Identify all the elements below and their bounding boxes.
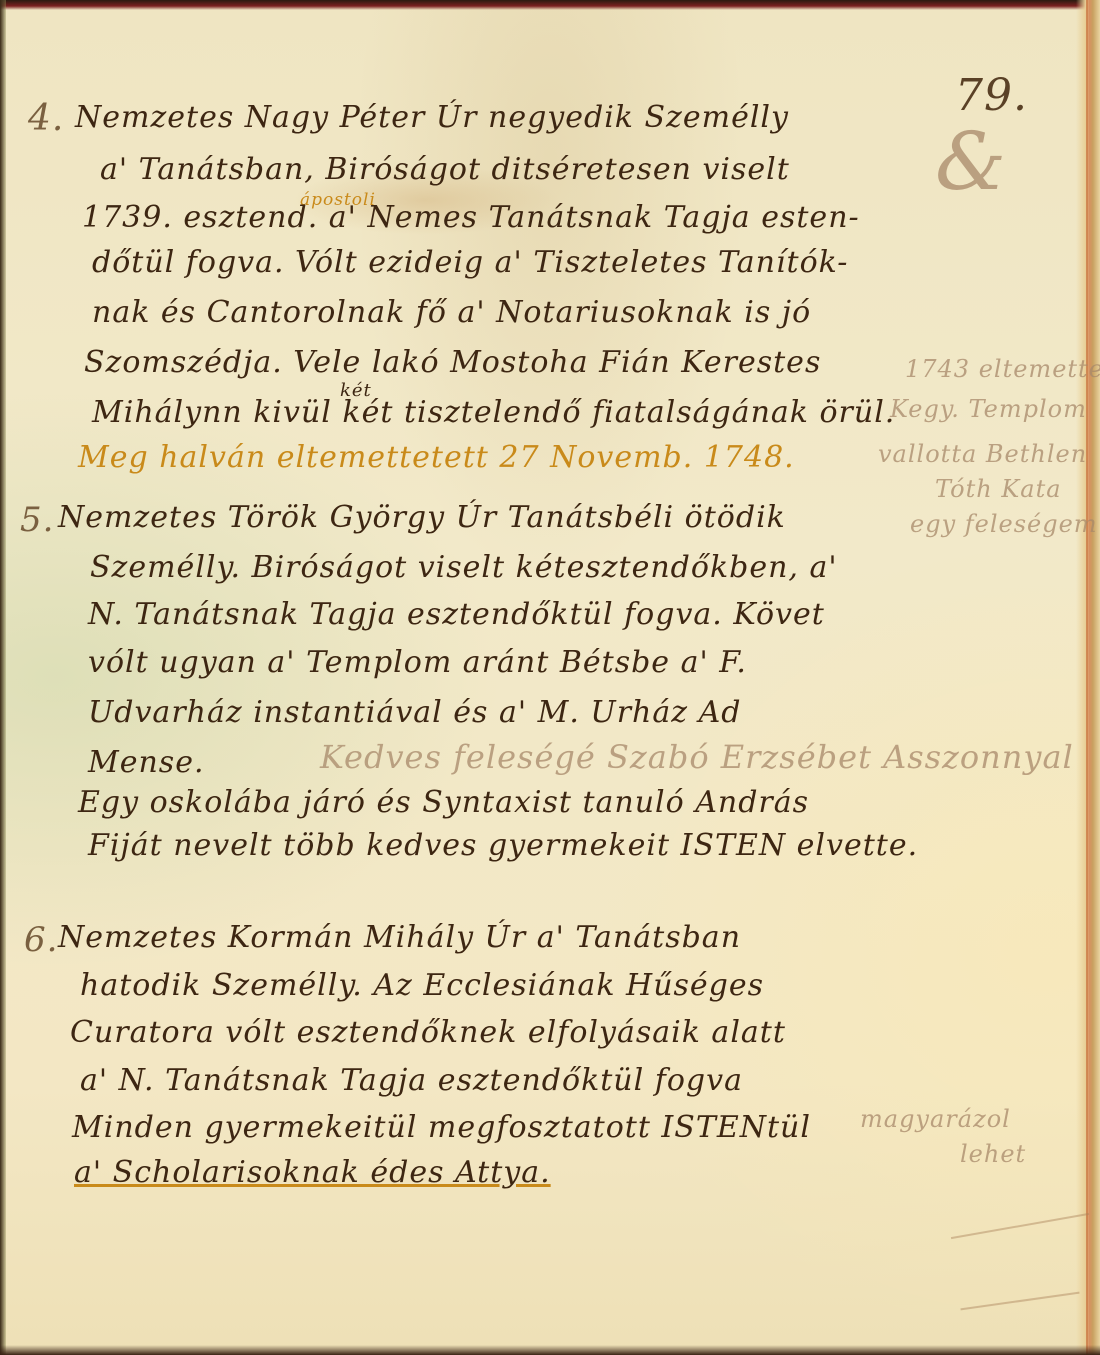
manuscript-line: hatodik Személly. Az Ecclesiának Hűséges	[80, 968, 764, 1003]
manuscript-line: Mihálynn kivül két tisztelendő fiatalság…	[92, 395, 895, 430]
page-number: 79.	[955, 70, 1028, 121]
manuscript-line: N. Tanátsnak Tagja esztendőktül fogva. K…	[88, 597, 825, 632]
page-left-edge	[0, 0, 6, 1355]
paper-crease	[951, 1213, 1089, 1239]
manuscript-line: a' Tanátsban, Biróságot ditséretesen vis…	[100, 152, 790, 187]
manuscript-line: Minden gyermekeitül megfosztatott ISTENt…	[72, 1110, 811, 1145]
manuscript-line: Fiját nevelt több kedves gyermekeit ISTE…	[88, 828, 918, 863]
margin-ampersand-mark: &	[935, 115, 1007, 208]
manuscript-line: Nemzetes Török György Úr Tanátsbéli ötöd…	[58, 500, 786, 535]
death-note: Meg halván eltemettetett 27 Novemb. 1748…	[78, 440, 795, 475]
marginal-note: vallotta Bethlen	[878, 440, 1087, 468]
manuscript-line: Egy oskolába járó és Syntaxist tanuló An…	[78, 785, 809, 820]
manuscript-line: a' N. Tanátsnak Tagja esztendőktül fogva	[80, 1063, 743, 1098]
paper-crease	[960, 1292, 1079, 1311]
entry-number: 6.	[24, 920, 58, 960]
manuscript-line: Curatora vólt esztendőknek elfolyásaik a…	[70, 1015, 786, 1050]
marginal-note: Kegy. Templom	[890, 395, 1087, 423]
faint-annotation-line: Kedves feleségé Szabó Erzsébet Asszonnya…	[320, 738, 1074, 776]
manuscript-line: dőtül fogva. Vólt ezideig a' Tiszteletes…	[92, 245, 848, 280]
marginal-note: lehet	[960, 1140, 1026, 1168]
manuscript-line: Szomszédja. Vele lakó Mostoha Fián Keres…	[84, 345, 821, 380]
page-top-edge	[0, 0, 1100, 10]
marginal-note: egy feleségem	[910, 510, 1098, 538]
manuscript-line: 1739. esztend. a' Nemes Tanátsnak Tagja …	[82, 200, 860, 235]
manuscript-line: nak és Cantorolnak fő a' Notariusoknak i…	[92, 295, 811, 330]
manuscript-line: Udvarház instantiával és a' M. Urház Ad	[88, 695, 741, 730]
entry-number: 5.	[20, 500, 54, 540]
marginal-note: 1743 eltemettetett	[905, 355, 1100, 383]
binding-edge-line	[1086, 0, 1088, 1355]
entry-number: 4.	[28, 98, 64, 139]
manuscript-line: Nemzetes Nagy Péter Úr negyedik Személly	[75, 100, 789, 135]
page-bottom-edge	[0, 1345, 1100, 1355]
manuscript-line: Mense.	[88, 745, 204, 780]
manuscript-line-underlined: a' Scholarisoknak édes Attya.	[74, 1155, 551, 1190]
page-right-edge	[1076, 0, 1100, 1355]
marginal-note: magyarázol	[860, 1105, 1011, 1133]
manuscript-line: Nemzetes Kormán Mihály Úr a' Tanátsban	[58, 920, 741, 955]
manuscript-line: vólt ugyan a' Templom aránt Bétsbe a' F.	[88, 645, 747, 680]
manuscript-page: 79. & 4. Nemzetes Nagy Péter Úr negyedik…	[0, 0, 1100, 1355]
manuscript-line: Személly. Biróságot viselt kétesztendőkb…	[90, 550, 838, 585]
marginal-note: Tóth Kata	[935, 475, 1062, 503]
